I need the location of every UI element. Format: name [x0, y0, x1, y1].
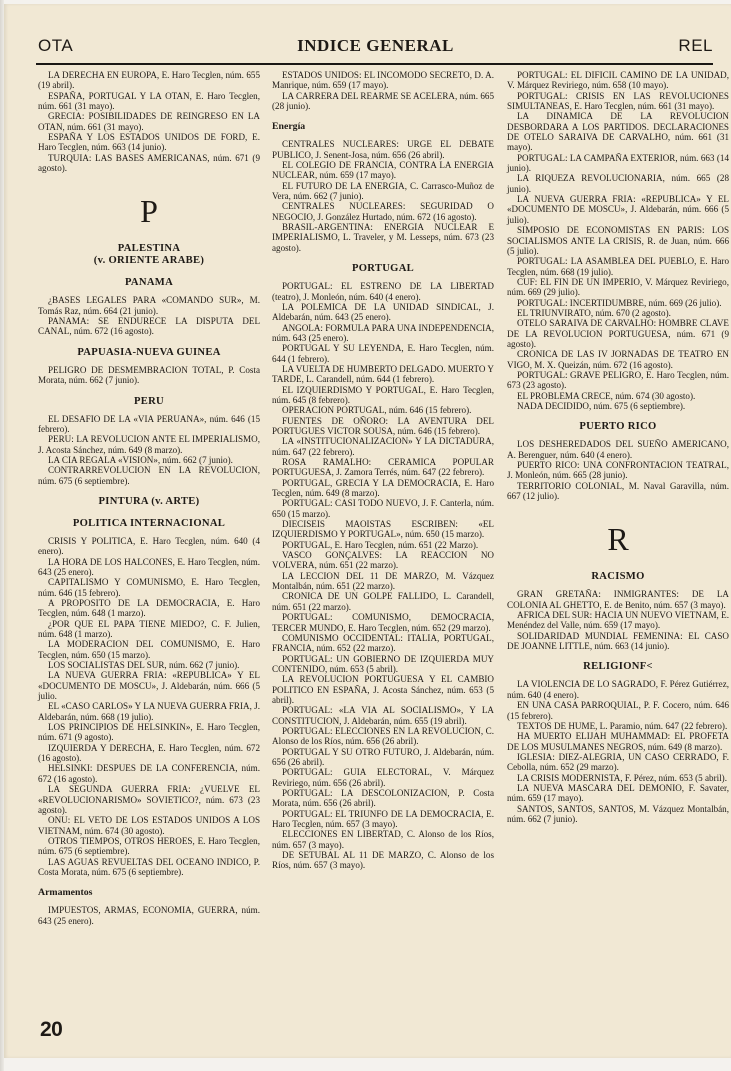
index-entry: LA CIA REGALA «VISION», núm. 662 (7 juni… — [38, 455, 260, 465]
index-entry: CRONICA DE UN GOLPE FALLIDO, L. Carandel… — [272, 591, 494, 612]
subsection-heading: Armamentos — [38, 887, 260, 899]
index-entry: LA HORA DE LOS HALCONES, E. Haro Tecglen… — [38, 557, 260, 578]
column-3: PORTUGAL: EL DIFICIL CAMINO DE LA UNIDAD… — [507, 70, 729, 824]
index-entry: PORTUGAL: CRISIS EN LAS REVOLUCIONES SIM… — [507, 91, 729, 112]
index-entry: PORTUGAL Y SU LEYENDA, E. Haro Tecglen, … — [272, 343, 494, 364]
spacer — [507, 411, 729, 421]
index-entry: EL PROBLEMA CRECE, núm. 674 (30 agosto). — [507, 391, 729, 401]
index-entry: PORTUGAL: LA CAMPAÑA EXTERIOR, núm. 663 … — [507, 153, 729, 174]
index-entry: LA «INSTITUCIONALIZACION» Y LA DICTADURA… — [272, 436, 494, 457]
index-entry: OTELO SARAIVA DE CARVALHO: HOMBRE CLAVE … — [507, 318, 729, 349]
index-entry: PORTUGAL: LA ASAMBLEA DEL PUEBLO, E. Har… — [507, 256, 729, 277]
index-entry: CAPITALISMO Y COMUNISMO, E. Haro Tecglen… — [38, 577, 260, 598]
index-entry: EL «CASO CARLOS» Y LA NUEVA GUERRA FRIA,… — [38, 701, 260, 722]
index-entry: EL IZQUIERDISMO Y PORTUGAL, E. Haro Tecg… — [272, 385, 494, 406]
index-entry: ELECCIONES EN LIBERTAD, C. Alonso de los… — [272, 829, 494, 850]
index-entry: TEXTOS DE HUME, L. Paramio, núm. 647 (22… — [507, 721, 729, 731]
index-entry: PORTUGAL, GRECIA Y LA DEMOCRACIA, E. Har… — [272, 478, 494, 499]
spacer — [38, 508, 260, 518]
section-heading: (v. ORIENTE ARABE) — [38, 255, 260, 267]
section-heading: RELIGIONF< — [507, 661, 729, 673]
index-entry: PORTUGAL: GUIA ELECTORAL, V. Márquez Rev… — [272, 767, 494, 788]
index-entry: VASCO GONÇALVES: LA REACCION NO VOLVERA,… — [272, 550, 494, 571]
index-entry: CENTRALES NUCLEARES: URGE EL DEBATE PUBL… — [272, 139, 494, 160]
index-entry: LA CRISIS MODERNISTA, F. Pérez, núm. 653… — [507, 773, 729, 783]
index-entry: OPERACION PORTUGAL, núm. 646 (15 febrero… — [272, 405, 494, 415]
index-entry: TURQUIA: LAS BASES AMERICANAS, núm. 671 … — [38, 153, 260, 174]
index-entry: EL DESAFIO DE LA «VIA PERUANA», núm. 646… — [38, 414, 260, 435]
index-entry: LA MODERACION DEL COMUNISMO, E. Haro Tec… — [38, 639, 260, 660]
page-title: INDICE GENERAL — [38, 36, 713, 56]
index-entry: NADA DECIDIDO, núm. 675 (6 septiembre). — [507, 401, 729, 411]
index-entry: EL COLEGIO DE FRANCIA, CONTRA LA ENERGIA… — [272, 160, 494, 181]
index-entry: HELSINKI: DESPUES DE LA CONFERENCIA, núm… — [38, 763, 260, 784]
index-entry: LA NUEVA GUERRA FRIA: «REPUBLICA» Y EL «… — [38, 670, 260, 701]
index-entry: PORTUGAL: EL ESTRENO DE LA LIBERTAD (tea… — [272, 281, 494, 302]
spacer — [38, 486, 260, 496]
header-right-guide: REL — [678, 36, 713, 56]
index-entry: PORTUGAL, E. Haro Tecglen, núm. 651 (22 … — [272, 540, 494, 550]
spacer — [38, 877, 260, 887]
index-entry: SOLIDARIDAD MUNDIAL FEMENINA: EL CASO DE… — [507, 631, 729, 652]
index-entry: COMUNISMO OCCIDENTAL: ITALIA, PORTUGAL, … — [272, 633, 494, 654]
column-1: LA DERECHA EN EUROPA, E. Haro Tecglen, n… — [38, 70, 260, 926]
index-entry: ROSA RAMALHO: CERAMICA POPULAR PORTUGUES… — [272, 457, 494, 478]
index-entry: ANGOLA: FORMULA PARA UNA INDEPENDENCIA, … — [272, 323, 494, 344]
index-entry: PORTUGAL: EL TRIUNFO DE LA DEMOCRACIA, E… — [272, 809, 494, 830]
spacer — [38, 267, 260, 277]
index-entry: TERRITORIO COLONIAL, M. Naval Garavilla,… — [507, 481, 729, 502]
index-entry: PORTUGAL Y SU OTRO FUTURO, J. Aldebarán,… — [272, 747, 494, 768]
index-entry: EL FUTURO DE LA ENERGIA, C. Carrasco-Muñ… — [272, 181, 494, 202]
index-entry: LA NUEVA GUERRA FRIA: «REPUBLICA» Y EL «… — [507, 194, 729, 225]
index-entry: LA CARRERA DEL REARME SE ACELERA, núm. 6… — [272, 91, 494, 112]
section-heading: PALESTINA — [38, 243, 260, 255]
index-entry: SANTOS, SANTOS, SANTOS, M. Vázquez Monta… — [507, 804, 729, 825]
index-entry: CONTRARREVOLUCION EN LA REVOLUCION, núm.… — [38, 465, 260, 486]
spacer — [38, 386, 260, 396]
index-entry: PORTUGAL: LA DESCOLONIZACION, P. Costa M… — [272, 788, 494, 809]
section-letter: P — [38, 195, 260, 227]
index-entry: LA DINAMICA DE LA REVOLUCION DESBORDARA … — [507, 111, 729, 152]
section-heading: RACISMO — [507, 571, 729, 583]
header-rule — [36, 63, 713, 65]
index-entry: SIMPOSIO DE ECONOMISTAS EN PARIS: LOS SO… — [507, 225, 729, 256]
index-entry: PORTUGAL: EL DIFICIL CAMINO DE LA UNIDAD… — [507, 70, 729, 91]
index-entry: PELIGRO DE DESMEMBRACION TOTAL, P. Costa… — [38, 365, 260, 386]
index-entry: GRAN GRETAÑA: INMIGRANTES: DE LA COLONIA… — [507, 589, 729, 610]
index-entry: PERU: LA REVOLUCION ANTE EL IMPERIALISMO… — [38, 434, 260, 455]
index-entry: IMPUESTOS, ARMAS, ECONOMIA, GUERRA, núm.… — [38, 905, 260, 926]
section-heading: PERU — [38, 396, 260, 408]
index-entry: GRECIA: POSIBILIDADES DE REINGRESO EN LA… — [38, 111, 260, 132]
index-entry: FUENTES DE OÑORO: LA AVENTURA DEL PORTUG… — [272, 416, 494, 437]
index-entry: A PROPOSITO DE LA DEMOCRACIA, E. Haro Te… — [38, 598, 260, 619]
index-entry: PORTUGAL: ELECCIONES EN LA REVOLUCION, C… — [272, 726, 494, 747]
index-entry: HA MUERTO ELIJAH MUHAMMAD: EL PROFETA DE… — [507, 731, 729, 752]
page-number: 20 — [40, 1018, 62, 1042]
section-letter: R — [507, 523, 729, 555]
index-entry: ONU: EL VETO DE LOS ESTADOS UNIDOS A LOS… — [38, 815, 260, 836]
index-entry: EN UNA CASA PARROQUIAL, P. F. Cocero, nú… — [507, 700, 729, 721]
index-entry: ¿POR QUE EL PAPA TIENE MIEDO?, C. F. Jul… — [38, 619, 260, 640]
section-heading: PINTURA (v. ARTE) — [38, 496, 260, 508]
index-entry: LA SEGUNDA GUERRA FRIA: ¿VUELVE EL «REVO… — [38, 784, 260, 815]
index-entry: LA POLEMICA DE LA UNIDAD SINDICAL, J. Al… — [272, 302, 494, 323]
index-entry: ESPAÑA, PORTUGAL Y LA OTAN, E. Haro Tecg… — [38, 91, 260, 112]
spacer — [507, 555, 729, 571]
section-heading: PANAMA — [38, 277, 260, 289]
subsection-heading: Energía — [272, 121, 494, 133]
spacer — [38, 337, 260, 347]
index-entry: ¿BASES LEGALES PARA «COMANDO SUR», M. To… — [38, 295, 260, 316]
index-entry: LA VIOLENCIA DE LO SAGRADO, F. Pérez Gut… — [507, 679, 729, 700]
spacer — [507, 651, 729, 661]
index-entry: IGLESIA: DIEZ-ALEGRIA, UN CASO CERRADO, … — [507, 752, 729, 773]
index-entry: PORTUGAL: CASI TODO NUEVO, J. F. Canterl… — [272, 498, 494, 519]
index-entry: PORTUGAL: COMUNISMO, DEMOCRACIA, TERCER … — [272, 612, 494, 633]
spacer — [38, 173, 260, 189]
running-head: OTA INDICE GENERAL REL — [38, 36, 713, 60]
index-entry: ESTADOS UNIDOS: EL INCOMODO SECRETO, D. … — [272, 70, 494, 91]
index-entry: ESPAÑA Y LOS ESTADOS UNIDOS DE FORD, E. … — [38, 132, 260, 153]
spacer — [272, 111, 494, 121]
section-heading: POLITICA INTERNACIONAL — [38, 518, 260, 530]
index-entry: IZQUIERDA Y DERECHA, E. Haro Tecglen, nú… — [38, 743, 260, 764]
index-entry: CUF: EL FIN DE UN IMPERIO, V. Márquez Re… — [507, 277, 729, 298]
index-entry: PORTUGAL: UN GOBIERNO DE IZQUIERDA MUY C… — [272, 654, 494, 675]
spacer — [272, 253, 494, 263]
index-entry: PANAMA: SE ENDURECE LA DISPUTA DEL CANAL… — [38, 316, 260, 337]
index-entry: LOS SOCIALISTAS DEL SUR, núm. 662 (7 jun… — [38, 660, 260, 670]
section-heading: PUERTO RICO — [507, 421, 729, 433]
index-entry: CRONICA DE LAS IV JORNADAS DE TEATRO EN … — [507, 349, 729, 370]
index-entry: EL TRIUNVIRATO, núm. 670 (2 agosto). — [507, 308, 729, 318]
index-entry: LA DERECHA EN EUROPA, E. Haro Tecglen, n… — [38, 70, 260, 91]
index-entry: DIECISEIS MAOISTAS ESCRIBEN: «EL IZQUIER… — [272, 519, 494, 540]
section-heading: PORTUGAL — [272, 263, 494, 275]
index-entry: LA VUELTA DE HUMBERTO DELGADO. MUERTO Y … — [272, 364, 494, 385]
section-heading: PAPUASIA-NUEVA GUINEA — [38, 347, 260, 359]
spacer — [38, 227, 260, 243]
index-entry: OTROS TIEMPOS, OTROS HEROES, E. Haro Tec… — [38, 836, 260, 857]
index-entry: CENTRALES NUCLEARES: SEGURIDAD O NEGOCIO… — [272, 201, 494, 222]
index-entry: PORTUGAL: GRAVE PELIGRO, E. Haro Tecglen… — [507, 370, 729, 391]
index-entry: PUERTO RICO: UNA CONFRONTACION TEATRAL, … — [507, 460, 729, 481]
index-entry: LA RIQUEZA REVOLUCIONARIA, núm. 665 (28 … — [507, 173, 729, 194]
index-entry: BRASIL-ARGENTINA: ENERGIA NUCLEAR E IMPE… — [272, 222, 494, 253]
index-entry: LAS AGUAS REVUELTAS DEL OCEANO INDICO, P… — [38, 857, 260, 878]
index-entry: LA NUEVA MASCARA DEL DEMONIO, F. Savater… — [507, 783, 729, 804]
index-entry: LOS PRINCIPIOS DE HELSINKIN», E. Haro Te… — [38, 722, 260, 743]
index-entry: PORTUGAL: INCERTIDUMBRE, núm. 669 (26 ju… — [507, 298, 729, 308]
index-entry: CRISIS Y POLITICA, E. Haro Tecglen, núm.… — [38, 536, 260, 557]
index-entry: AFRICA DEL SUR: HACIA UN NUEVO VIETNAM, … — [507, 610, 729, 631]
spacer — [507, 501, 729, 517]
column-2: ESTADOS UNIDOS: EL INCOMODO SECRETO, D. … — [272, 70, 494, 871]
index-entry: LA LECCION DEL 11 DE MARZO, M. Vázquez M… — [272, 571, 494, 592]
index-entry: LOS DESHEREDADOS DEL SUEÑO AMERICANO, A.… — [507, 439, 729, 460]
index-entry: PORTUGAL: «LA VIA AL SOCIALISMO», Y LA C… — [272, 705, 494, 726]
index-entry: DE SETUBAL AL 11 DE MARZO, C. Alonso de … — [272, 850, 494, 871]
index-entry: LA REVOLUCION PORTUGUESA Y EL CAMBIO POL… — [272, 674, 494, 705]
